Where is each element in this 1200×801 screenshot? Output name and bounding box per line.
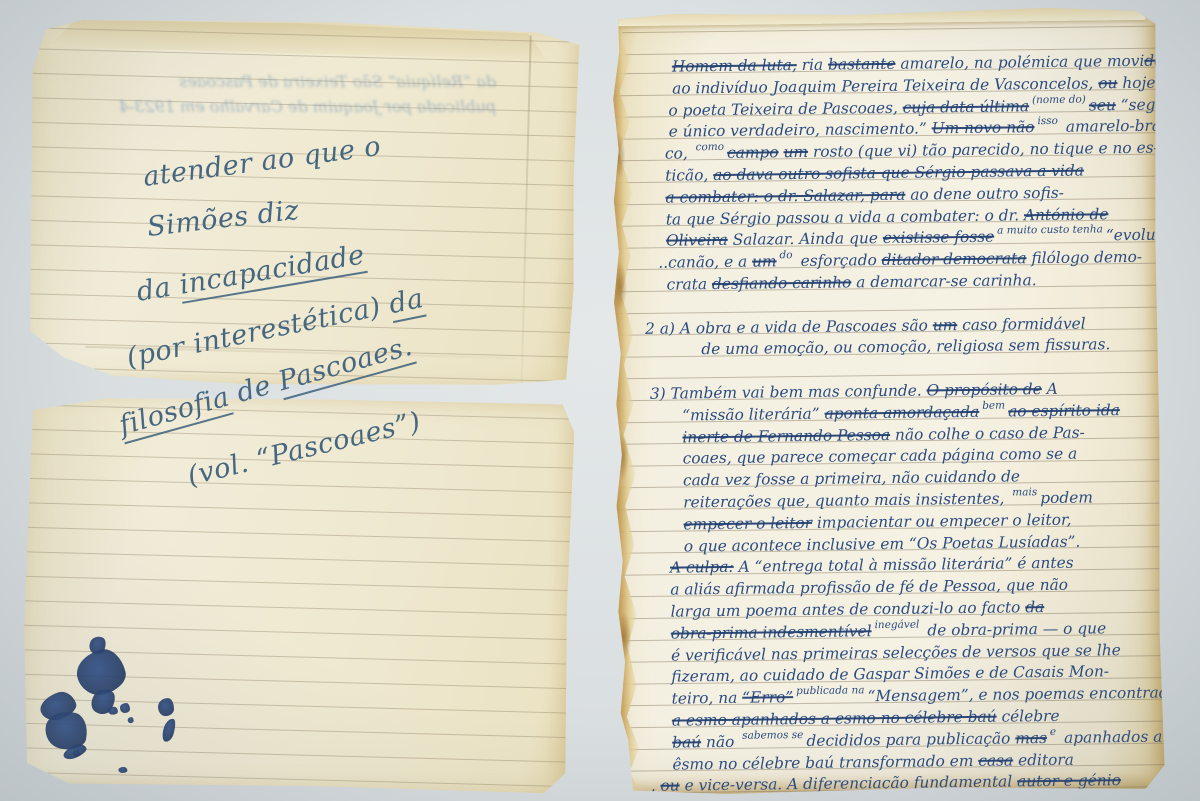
text-segment: 3) Também vai bem mas confunde. — [650, 381, 927, 402]
left-manuscript-page: da “Relíquia” São Teixeira de Pascoaespu… — [14, 14, 582, 796]
text-segment: ta que Sérgio passou a vida a combater: … — [666, 206, 1024, 228]
struck-text: “Erro” — [742, 688, 793, 707]
ink-blot — [160, 717, 177, 743]
struck-text: casa — [978, 751, 1013, 769]
text-segment: larga um poema antes de conduzi-lo ao fa… — [670, 598, 1025, 620]
torn-binding-edge — [607, 13, 641, 795]
folded-top-edge — [613, 7, 1145, 26]
struck-text: a esmo apanhados a esmo no célebre baú — [672, 708, 997, 730]
struck-text: ao dava outro sofista que Sérgio passava… — [713, 162, 1084, 185]
text-segment: ..canão, e a — [658, 253, 752, 272]
struck-text: A culpa: — [670, 558, 734, 577]
struck-text: da — [1144, 52, 1163, 70]
text-segment: amarelo, na polémica que — [895, 52, 1107, 73]
struck-text: Homem da luta, — [672, 56, 797, 76]
text-segment: decididos para publicação — [806, 729, 1015, 750]
text-segment: de obra-prima — o que — [922, 619, 1106, 639]
interlinear-correction: moveu — [1166, 49, 1200, 59]
ink-blot — [128, 717, 134, 723]
text-segment: o poeta Teixeira de Pascoaes, — [668, 98, 903, 119]
text-segment: “missão literária” — [682, 405, 825, 425]
interlinear-correction: publicada na — [796, 685, 865, 696]
struck-text: baú — [672, 733, 701, 751]
text-segment: podem — [1040, 488, 1093, 507]
ink-blot — [73, 750, 80, 757]
text-segment: teiro, na — [672, 689, 743, 708]
binding-residue — [617, 613, 632, 659]
struck-text: da — [1025, 598, 1044, 616]
text-segment: “segundo, — [1116, 95, 1200, 114]
struck-text: um — [752, 252, 777, 270]
text-segment: ria — [797, 56, 828, 74]
text-segment: não colhe o caso de Pas- — [890, 423, 1085, 443]
text-segment: célebre — [997, 707, 1060, 726]
right-manuscript-page: Homem da luta, ria bastante amarelo, na … — [607, 7, 1165, 796]
text-segment: “Mensagem”, e nos poemas encontrados — [867, 683, 1185, 705]
text-segment: caso formidável — [957, 314, 1086, 334]
interlinear-correction: (nome do) — [1032, 94, 1086, 105]
text-segment: e único verdadeiro, nascimento.” — [669, 120, 932, 141]
interlinear-correction: e — [1050, 727, 1056, 737]
text-segment: a demarcar-se carinha. — [851, 271, 1036, 291]
struck-text: autor e génio — [1017, 771, 1121, 790]
binding-residue — [614, 433, 629, 479]
struck-text: seu — [1089, 96, 1116, 114]
interlinear-correction: como — [695, 142, 724, 152]
binding-residue — [612, 263, 627, 309]
text-segment: impacientar ou empecer o leitor, — [812, 510, 1072, 531]
interlinear-correction: bem — [982, 400, 1005, 410]
text-segment: coaes, que parece começar cada página co… — [683, 445, 1078, 468]
struck-text: Oliveira — [666, 231, 728, 250]
interlinear-correction: mais — [1012, 487, 1037, 497]
text-segment: esforçado — [796, 251, 882, 270]
struck-text: mas — [1015, 729, 1047, 747]
struck-text: existisse fosse — [883, 228, 995, 247]
text-segment: apanhados a — [1059, 727, 1162, 746]
text-segment: reiterações que, quanto mais insistentes… — [683, 489, 1009, 511]
struck-text: empecer o leitor — [683, 514, 812, 534]
text-segment: rosto (que vi) tão parecido, no tique e … — [808, 139, 1159, 161]
ink-blot — [118, 767, 127, 773]
manuscript-text: Homem da luta, ria bastante amarelo, na … — [642, 51, 1159, 798]
interlinear-correction: isso — [1037, 116, 1058, 126]
struck-text: campo — [727, 143, 779, 162]
text-segment: não — [701, 733, 739, 751]
text-segment: cada vez fosse a primeira, não cuidando … — [683, 468, 1020, 490]
interlinear-correction: inegável — [874, 619, 919, 630]
text-segment: êsmo no célebre baú transformado em — [672, 751, 978, 773]
interlinear-correction: sabemos se — [742, 730, 803, 741]
text-segment: o que acontece inclusive em “Os Poetas L… — [684, 532, 1081, 555]
text-segment: editora — [1013, 750, 1074, 769]
struck-text: António de — [1024, 205, 1109, 224]
struck-text: desfiando carinho — [712, 273, 852, 293]
binding-residue — [611, 133, 626, 179]
struck-text: inerte de Fernando Pessoa — [682, 426, 890, 447]
struck-text: um — [783, 143, 808, 161]
struck-text: Um novo não — [932, 119, 1035, 138]
text-segment: é verificável nas primeiras selecções de… — [671, 641, 1121, 664]
text-segment: a aliás afirmada profissão de fé de Pess… — [670, 576, 1068, 599]
text-segment: movi — [1107, 52, 1145, 70]
text-segment: “evolu — [1106, 226, 1156, 245]
text-segment: co, — [665, 145, 693, 163]
text-segment: e vice-versa. A diferenciação fundamenta… — [680, 773, 1018, 795]
text-segment: crata — [666, 275, 712, 294]
text-segment: filólogo demo- — [1026, 248, 1142, 267]
interlinear-correction: do — [779, 250, 792, 260]
text-segment: fizeram, ao cuidado de Gaspar Simões e d… — [671, 663, 1109, 686]
struck-text: ou — [1098, 74, 1117, 92]
text-segment: amarelo-bran- — [1061, 117, 1176, 136]
struck-text: cuja data última — [903, 97, 1030, 117]
text-segment: hoje — [1117, 73, 1155, 91]
interlinear-correction: a muito custo tenha — [997, 225, 1103, 236]
struck-text: obra-prima indesmentível — [671, 622, 872, 642]
ink-blot — [108, 707, 118, 715]
text-segment: ído para o — [1190, 225, 1200, 244]
text-segment: ticão, — [665, 166, 713, 185]
struck-text: bastante — [828, 55, 896, 74]
struck-text: O propósito de — [926, 380, 1041, 399]
struck-text: ou — [660, 777, 679, 795]
struck-text: indo — [1156, 226, 1190, 244]
ink-blots — [14, 14, 582, 796]
text-segment: 2 a) A obra e a vida de Pascoaes são — [645, 316, 933, 338]
ink-blot — [120, 703, 130, 713]
ink-blot — [158, 698, 174, 716]
struck-text: um — [933, 316, 958, 334]
struck-text: ditador democrata — [882, 249, 1027, 269]
text-segment: ao dene outro sofis- — [905, 184, 1064, 204]
text-segment: A “entrega total à missão literária” é a… — [734, 554, 1074, 576]
text-segment: Salazar. Ainda que — [728, 229, 883, 249]
struck-text: a combater: o dr. Salazar, para — [665, 186, 905, 207]
text-segment: de uma emoção, ou comoção, religiosa sem… — [701, 336, 1110, 359]
struck-text: ao espírito ida — [1008, 401, 1120, 420]
text-segment: A — [1042, 380, 1058, 398]
text-segment: , — [651, 777, 661, 795]
struck-text: aponta amordaçada — [824, 403, 979, 423]
